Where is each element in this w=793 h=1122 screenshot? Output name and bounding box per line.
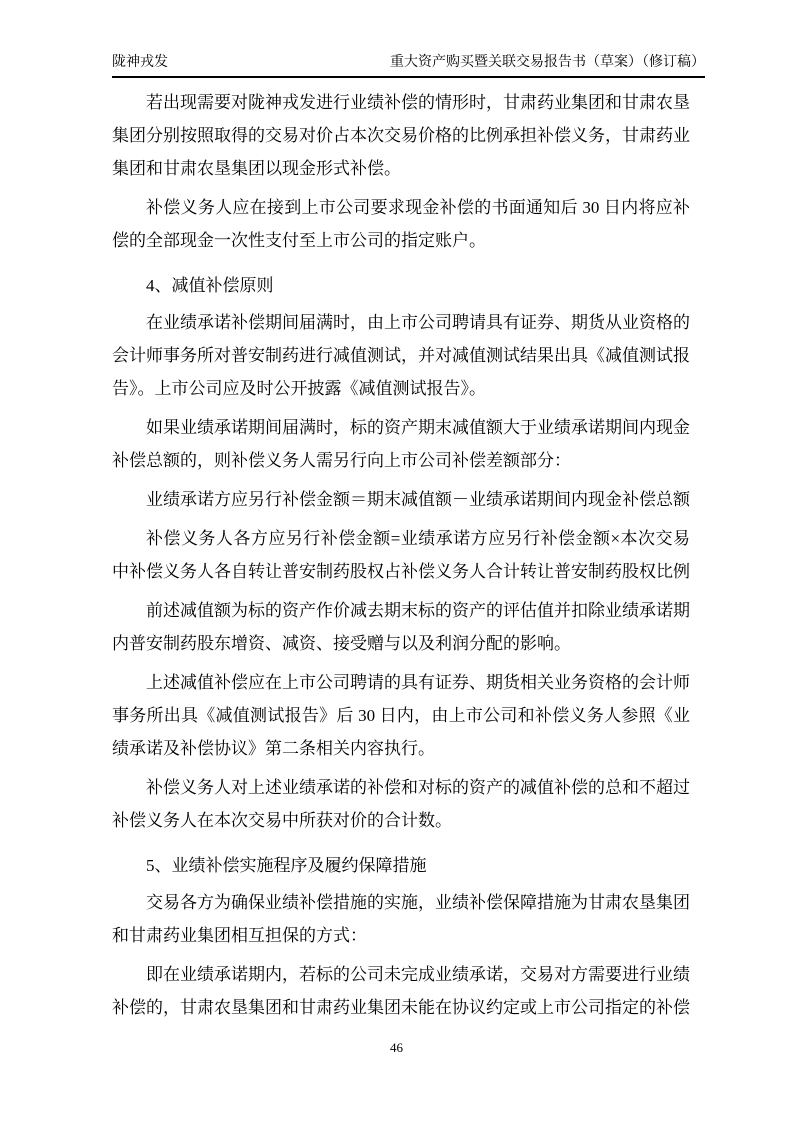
document-page: 陇神戎发 重大资产购买暨关联交易报告书（草案）（修订稿） 若出现需要对陇神戎发进… bbox=[0, 0, 793, 1122]
paragraph: 若出现需要对陇神戎发进行业绩补偿的情形时，甘肃药业集团和甘肃农垦集团分别按照取得… bbox=[112, 86, 690, 185]
page-footer: 46 bbox=[0, 1038, 793, 1058]
paragraph: 上述减值补偿应在上市公司聘请的具有证券、期货相关业务资格的会计师事务所出具《减值… bbox=[112, 666, 690, 765]
paragraph: 如果业绩承诺期间届满时，标的资产期末减值额大于业绩承诺期间内现金补偿总额的，则补… bbox=[112, 411, 690, 477]
header-report-title: 重大资产购买暨关联交易报告书（草案）（修订稿） bbox=[390, 54, 705, 72]
section-heading: 4、减值补偿原则 bbox=[112, 263, 690, 302]
paragraph: 在业绩承诺补偿期间届满时，由上市公司聘请具有证券、期货从业资格的会计师事务所对普… bbox=[112, 306, 690, 405]
page-header: 陇神戎发 重大资产购买暨关联交易报告书（草案）（修订稿） bbox=[112, 54, 705, 78]
paragraph: 前述减值额为标的资产作价减去期末标的资产的评估值并扣除业绩承诺期内普安制药股东增… bbox=[112, 594, 690, 660]
section-heading: 5、业绩补偿实施程序及履约保障措施 bbox=[112, 843, 690, 882]
paragraph: 即在业绩承诺期内，若标的公司未完成业绩承诺，交易对方需要进行业绩补偿的，甘肃农垦… bbox=[112, 958, 690, 1024]
header-company-name: 陇神戎发 bbox=[112, 54, 168, 72]
paragraph: 补偿义务人对上述业绩承诺的补偿和对标的资产的减值补偿的总和不超过补偿义务人在本次… bbox=[112, 771, 690, 837]
page-number: 46 bbox=[390, 1040, 403, 1055]
paragraph: 业绩承诺方应另行补偿金额＝期末减值额－业绩承诺期间内现金补偿总额 bbox=[112, 483, 690, 516]
paragraph: 补偿义务人应在接到上市公司要求现金补偿的书面通知后 30 日内将应补偿的全部现金… bbox=[112, 191, 690, 257]
paragraph: 补偿义务人各方应另行补偿金额=业绩承诺方应另行补偿金额×本次交易中补偿义务人各自… bbox=[112, 522, 690, 588]
document-body: 若出现需要对陇神戎发进行业绩补偿的情形时，甘肃药业集团和甘肃农垦集团分别按照取得… bbox=[112, 86, 690, 1030]
paragraph: 交易各方为确保业绩补偿措施的实施，业绩补偿保障措施为甘肃农垦集团和甘肃药业集团相… bbox=[112, 886, 690, 952]
